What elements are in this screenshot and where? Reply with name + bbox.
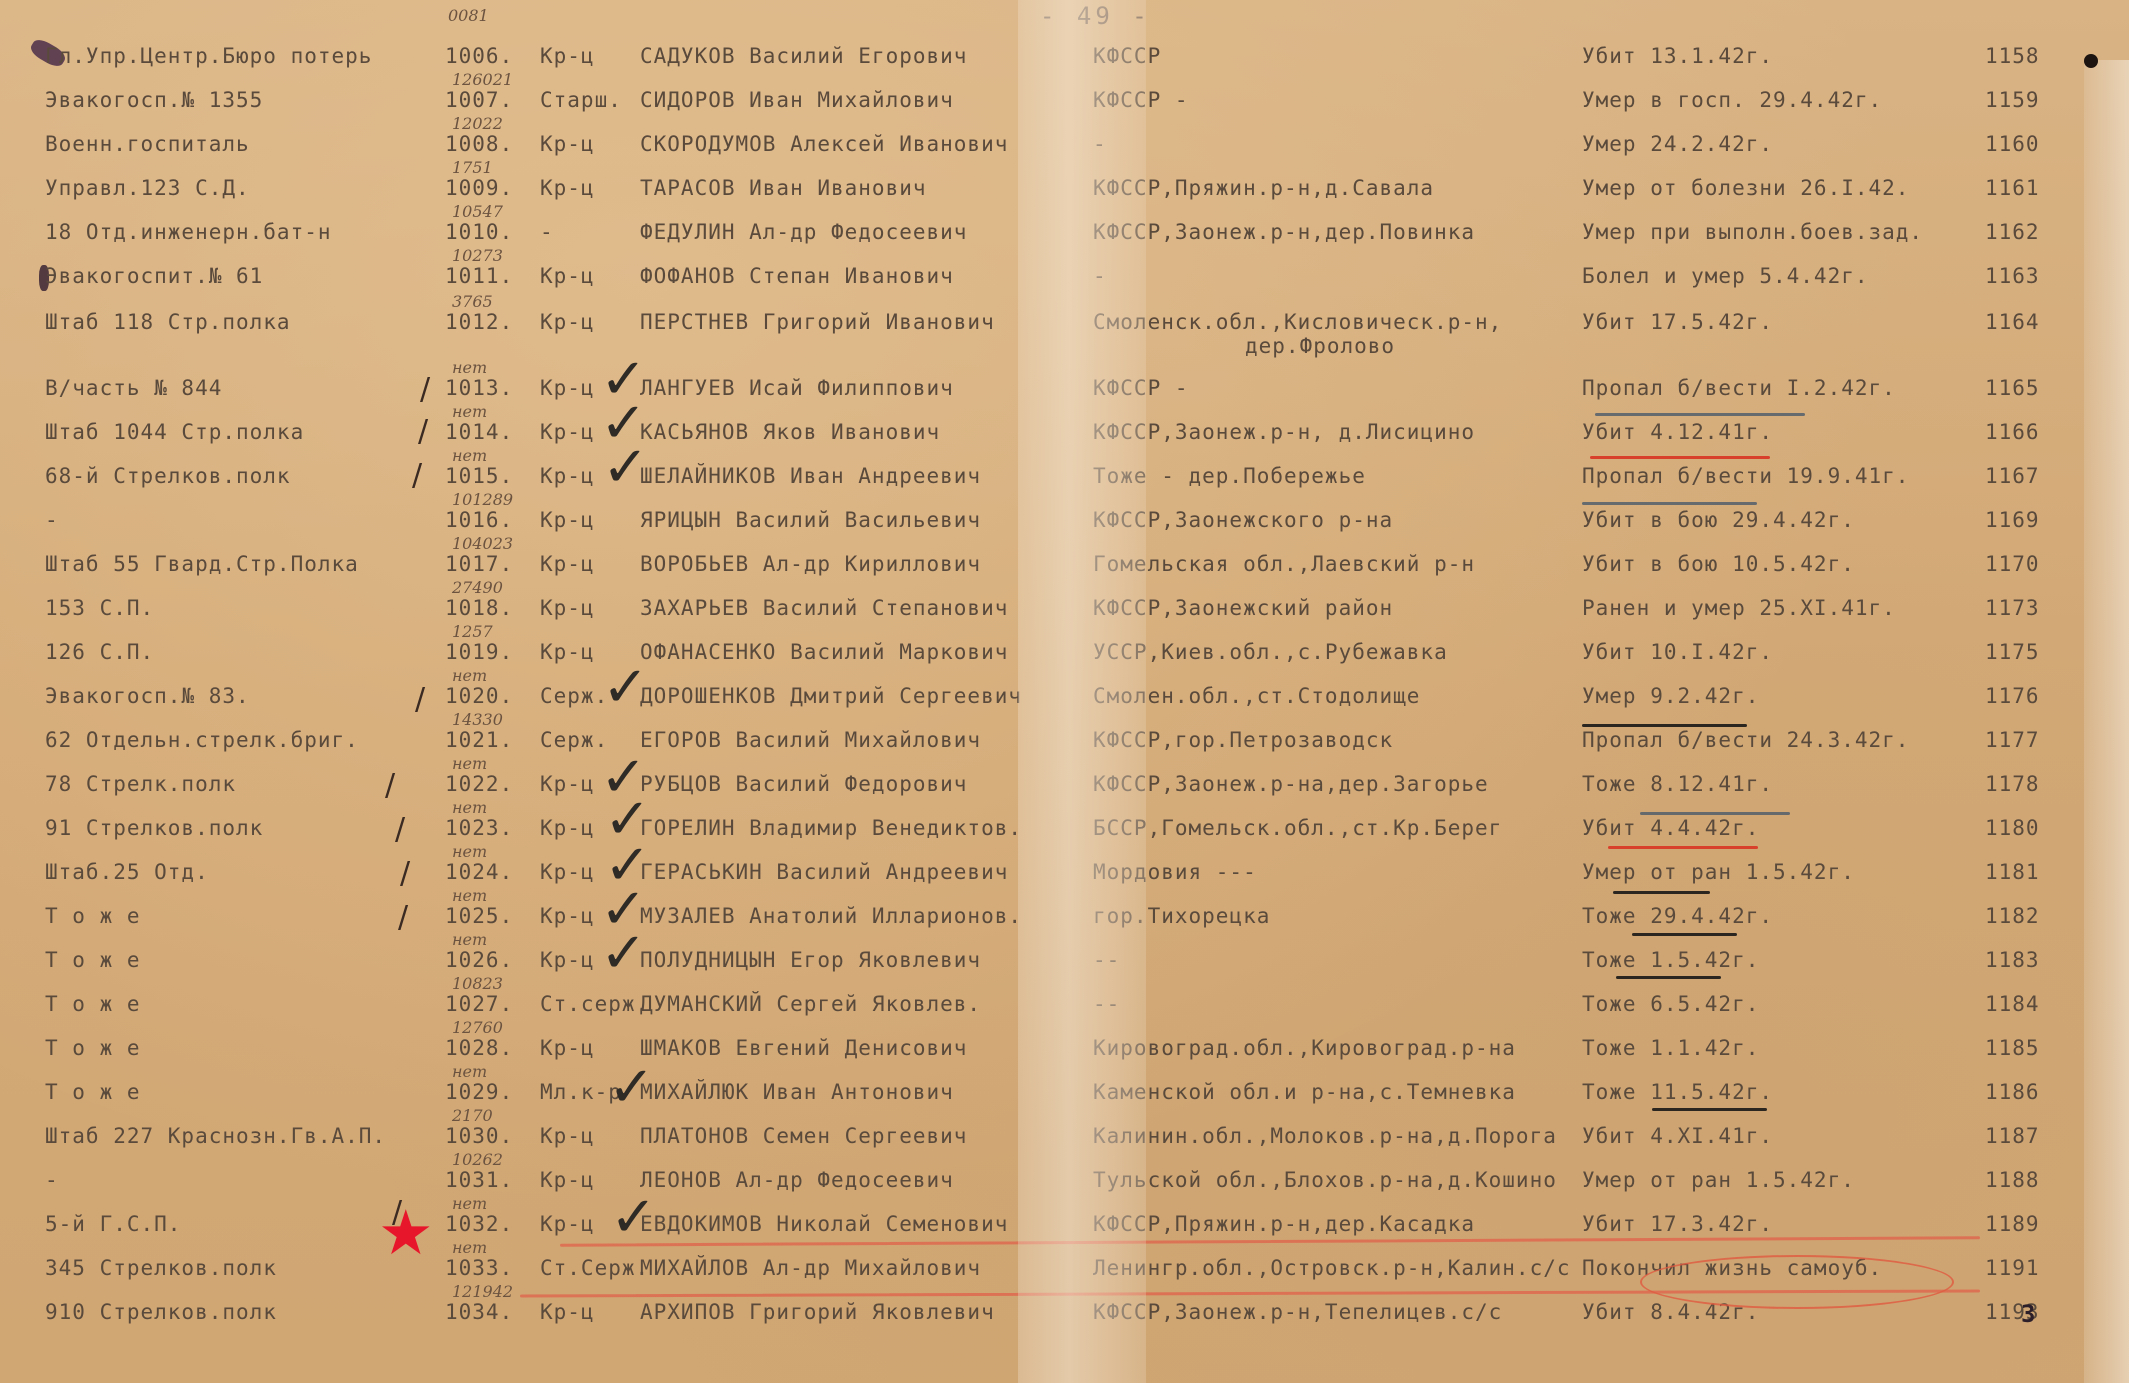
record-number: 1034. (445, 1300, 513, 1324)
fate-cell: Тоже 1.5.42г. (1582, 948, 1759, 972)
code-cell: 1178 (1985, 772, 2040, 796)
place-cell: КФССР - (1093, 88, 1189, 112)
record-number: 1030. (445, 1124, 513, 1148)
name-cell: АРХИПОВ Григорий Яковлевич (640, 1300, 995, 1324)
unit-cell: 78 Стрелк.полк (45, 772, 236, 796)
code-cell: 1183 (1985, 948, 2040, 972)
fate-cell: Убит в бою 10.5.42г. (1582, 552, 1855, 576)
table-row: Штаб.25 Отд.1024.Кр-цГЕРАСЬКИН Василий А… (0, 860, 2129, 896)
fate-cell: Убит 10.I.42г. (1582, 640, 1773, 664)
record-number: 1008. (445, 132, 513, 156)
unit-cell: В/часть № 844 (45, 376, 222, 400)
code-cell: 1184 (1985, 992, 2040, 1016)
record-number: 1021. (445, 728, 513, 752)
handwritten-note: 3765 (452, 292, 493, 311)
rank-cell: Старш. (540, 88, 622, 112)
unit-cell: Эвакогоспит.№ 61 (45, 264, 263, 288)
record-number: 1026. (445, 948, 513, 972)
table-row: Военн.госпиталь1008.Кр-цСКОРОДУМОВ Алекс… (0, 132, 2129, 168)
record-number: 1019. (445, 640, 513, 664)
name-cell: ОФАНАСЕНКО Василий Маркович (640, 640, 1008, 664)
checkmark-icon: ✓ (602, 660, 649, 716)
name-cell: МУЗАЛЕВ Анатолий Илларионов. (640, 904, 1022, 928)
unit-cell: Т о ж е (45, 948, 141, 972)
blue-underline (1582, 502, 1757, 505)
tick-mark-icon: / (385, 768, 395, 803)
place-cell: Смоленск.обл.,Кисловическ.р-н, (1093, 310, 1502, 334)
fate-cell: Умер от болезни 26.I.42. (1582, 176, 1909, 200)
fate-cell: Убит 4.XI.41г. (1582, 1124, 1773, 1148)
table-row: Штаб 227 Краснозн.Гв.А.П.1030.Кр-цПЛАТОН… (0, 1124, 2129, 1160)
name-cell: ФОФАНОВ Степан Иванович (640, 264, 954, 288)
tick-mark-icon: / (400, 856, 410, 891)
name-cell: КАСЬЯНОВ Яков Иванович (640, 420, 940, 444)
handwritten-note: 10273 (452, 246, 503, 265)
rank-cell: Ст.серж. (540, 992, 649, 1016)
rank-cell: Кр-ц (540, 132, 595, 156)
record-number: 1017. (445, 552, 513, 576)
name-cell: ПОЛУДНИЦЫН Егор Яковлевич (640, 948, 981, 972)
fate-cell: Пропал б/вести I.2.42г. (1582, 376, 1896, 400)
code-cell: 1175 (1985, 640, 2040, 664)
place-cell: Тоже - дер.Побережье (1093, 464, 1366, 488)
record-number: 1029. (445, 1080, 513, 1104)
rank-cell: Кр-ц (540, 552, 595, 576)
name-cell: ПЕРСТНЕВ Григорий Иванович (640, 310, 995, 334)
handwritten-note: нет (452, 1194, 487, 1213)
name-cell: ГЕРАСЬКИН Василий Андреевич (640, 860, 1008, 884)
red-circle-annotation (1640, 1255, 1954, 1309)
code-cell: 1186 (1985, 1080, 2040, 1104)
table-row: Штаб 118 Стр.полка1012.Кр-цПЕРСТНЕВ Григ… (0, 310, 2129, 346)
name-cell: ВОРОБЬЕВ Ал-др Кириллович (640, 552, 981, 576)
handwritten-note: нет (452, 798, 487, 817)
place-cell: КФССР,Заонеж.р-н,Тепелицев.с/с (1093, 1300, 1502, 1324)
record-number: 1009. (445, 176, 513, 200)
code-cell: 1176 (1985, 684, 2040, 708)
red-underline (1608, 846, 1758, 849)
rank-cell: Ст.Серж. (540, 1256, 649, 1280)
code-cell: 1159 (1985, 88, 2040, 112)
place-cell: КФССР (1093, 44, 1161, 68)
record-number: 1028. (445, 1036, 513, 1060)
table-row: Эвакогоспит.№ 611011.Кр-цФОФАНОВ Степан … (0, 264, 2129, 300)
fate-cell: Пропал б/вести 19.9.41г. (1582, 464, 1909, 488)
place-cell: КФССР,Заонежского р-на (1093, 508, 1393, 532)
table-row: Эвакогосп.№ 13551007.Старш.СИДОРОВ Иван … (0, 88, 2129, 124)
place-cell: -- (1093, 992, 1120, 1016)
handwritten-note: 101289 (452, 490, 513, 509)
rank-cell: Кр-ц (540, 904, 595, 928)
handwritten-note: нет (452, 1238, 487, 1257)
unit-cell: Штаб 227 Краснозн.Гв.А.П. (45, 1124, 386, 1148)
blue-underline (1595, 413, 1805, 416)
code-cell: 1167 (1985, 464, 2040, 488)
checkmark-icon: ✓ (600, 926, 647, 982)
fate-cell: Ранен и умер 25.XI.41г. (1582, 596, 1896, 620)
rank-cell: Кр-ц (540, 44, 595, 68)
handwritten-note: нет (452, 358, 487, 377)
table-row: Т о ж е1028.Кр-цШМАКОВ Евгений Денисович… (0, 1036, 2129, 1072)
checkmark-icon: ✓ (608, 1060, 655, 1116)
unit-cell: Штаб 118 Стр.полка (45, 310, 291, 334)
handwritten-note: нет (452, 666, 487, 685)
record-number: 1013. (445, 376, 513, 400)
rank-cell: Кр-ц (540, 640, 595, 664)
name-cell: ДУМАНСКИЙ Сергей Яковлев. (640, 992, 981, 1016)
name-cell: ТАРАСОВ Иван Иванович (640, 176, 927, 200)
black-underline (1616, 976, 1721, 979)
table-row: В/часть № 8441013.Кр-цЛАНГУЕВ Исай Филип… (0, 376, 2129, 412)
red-underline (1590, 456, 1770, 459)
table-row: Т о ж е1027.Ст.серж.ДУМАНСКИЙ Сергей Яко… (0, 992, 2129, 1028)
handwritten-note: 14330 (452, 710, 503, 729)
unit-cell: Эвакогосп.№ 1355 (45, 88, 263, 112)
handwritten-note: 1751 (452, 158, 493, 177)
code-cell: 1173 (1985, 596, 2040, 620)
table-row: -1031.Кр-цЛЕОНОВ Ал-др ФедосеевичТульско… (0, 1168, 2129, 1204)
red-star-icon: ★ (378, 1202, 434, 1264)
rank-cell: Кр-ц (540, 1212, 595, 1236)
handwritten-note: 12022 (452, 114, 503, 133)
unit-cell: Управл.123 С.Д. (45, 176, 250, 200)
name-cell: РУБЦОВ Василий Федорович (640, 772, 967, 796)
code-cell: 1165 (1985, 376, 2040, 400)
handwritten-note: нет (452, 842, 487, 861)
rank-cell: Кр-ц (540, 596, 595, 620)
handwritten-note: нет (452, 1062, 487, 1081)
unit-cell: Штаб.25 Отд. (45, 860, 209, 884)
record-number: 1027. (445, 992, 513, 1016)
name-cell: ЕВДОКИМОВ Николай Семенович (640, 1212, 1008, 1236)
handwritten-note: 10547 (452, 202, 503, 221)
handwritten-note: 27490 (452, 578, 503, 597)
record-number: 1010. (445, 220, 513, 244)
name-cell: ЛЕОНОВ Ал-др Федосеевич (640, 1168, 954, 1192)
unit-cell: Штаб 1044 Стр.полка (45, 420, 304, 444)
name-cell: САДУКОВ Василий Егорович (640, 44, 967, 68)
handwritten-note: нет (452, 930, 487, 949)
place-cell: Кировоград.обл.,Кировоград.р-на (1093, 1036, 1516, 1060)
checkmark-icon: ✓ (610, 1190, 657, 1246)
record-number: 1016. (445, 508, 513, 532)
rank-cell: Кр-ц (540, 420, 595, 444)
fate-cell: Убит 17.3.42г. (1582, 1212, 1773, 1236)
rank-cell: Кр-ц (540, 1300, 595, 1324)
code-cell: 1160 (1985, 132, 2040, 156)
rank-cell: Кр-ц (540, 464, 595, 488)
rank-cell: Кр-ц (540, 264, 595, 288)
unit-cell: Военн.госпиталь (45, 132, 250, 156)
fate-cell: Умер 9.2.42г. (1582, 684, 1759, 708)
place-cell: КФССР,Заонежский район (1093, 596, 1393, 620)
place-cell: Тульской обл.,Блохов.р-на,д.Кошино (1093, 1168, 1557, 1192)
unit-cell: 5-й Г.С.П. (45, 1212, 181, 1236)
rank-cell: Кр-ц (540, 1036, 595, 1060)
unit-cell: Гл.Упр.Центр.Бюро потерь (45, 44, 372, 68)
name-cell: СИДОРОВ Иван Михайлович (640, 88, 954, 112)
unit-cell: Т о ж е (45, 1036, 141, 1060)
fate-cell: Умер от ран 1.5.42г. (1582, 1168, 1855, 1192)
handwritten-note: 104023 (452, 534, 513, 553)
table-row: Управл.123 С.Д.1009.Кр-цТАРАСОВ Иван Ива… (0, 176, 2129, 212)
handwritten-note: 1257 (452, 622, 493, 641)
record-number: 1007. (445, 88, 513, 112)
corrected-digit: 3 (2021, 1300, 2035, 1328)
code-cell: 1188 (1985, 1168, 2040, 1192)
table-row: 126 С.П.1019.Кр-цОФАНАСЕНКО Василий Марк… (0, 640, 2129, 676)
table-row: Т о ж е1025.Кр-цМУЗАЛЕВ Анатолий Илларио… (0, 904, 2129, 940)
place-cell: Каменской обл.и р-на,с.Темневка (1093, 1080, 1516, 1104)
fate-cell: Пропал б/вести 24.3.42г. (1582, 728, 1909, 752)
rank-cell: Кр-ц (540, 508, 595, 532)
unit-cell: 153 С.П. (45, 596, 154, 620)
tick-mark-icon: / (420, 372, 430, 407)
table-row: -1016.Кр-цЯРИЦЫН Василий ВасильевичКФССР… (0, 508, 2129, 544)
fate-cell: Болел и умер 5.4.42г. (1582, 264, 1869, 288)
rank-cell: Кр-ц (540, 376, 595, 400)
handwritten-note: нет (452, 754, 487, 773)
rank-cell: Кр-ц (540, 948, 595, 972)
fate-cell: Тоже 8.12.41г. (1582, 772, 1773, 796)
handwritten-note: 121942 (452, 1282, 513, 1301)
rank-cell: Кр-ц (540, 772, 595, 796)
code-cell: 1187 (1985, 1124, 2040, 1148)
place-cell: КФССР,Заонеж.р-н, д.Лисицино (1093, 420, 1475, 444)
fate-cell: Умер 24.2.42г. (1582, 132, 1773, 156)
fate-cell: Убит 4.4.42г. (1582, 816, 1759, 840)
name-cell: ПЛАТОНОВ Семен Сергеевич (640, 1124, 967, 1148)
unit-cell: - (45, 1168, 59, 1192)
code-cell: 1177 (1985, 728, 2040, 752)
record-number: 1024. (445, 860, 513, 884)
unit-cell: 345 Стрелков.полк (45, 1256, 277, 1280)
page-number: - 49 - (1040, 2, 1151, 30)
name-cell: ШЕЛАЙНИКОВ Иван Андреевич (640, 464, 981, 488)
archive-mark: 0081 (448, 6, 489, 25)
place-cell: -- (1093, 948, 1120, 972)
place-cell: гор.Тихорецка (1093, 904, 1270, 928)
place-cell: КФССР,гор.Петрозаводск (1093, 728, 1393, 752)
black-underline (1582, 724, 1747, 727)
fate-cell: Убит 13.1.42г. (1582, 44, 1773, 68)
tick-mark-icon: / (395, 812, 405, 847)
unit-cell: - (45, 508, 59, 532)
fate-cell: Умер от ран 1.5.42г. (1582, 860, 1855, 884)
place-cell: КФССР,Пряжин.р-н,дер.Касадка (1093, 1212, 1475, 1236)
unit-cell: Эвакогосп.№ 83. (45, 684, 250, 708)
unit-cell: Т о ж е (45, 904, 141, 928)
record-number: 1025. (445, 904, 513, 928)
tick-mark-icon: / (415, 682, 425, 717)
place-cell: КФССР - (1093, 376, 1189, 400)
rank-cell: - (540, 220, 554, 244)
record-number: 1012. (445, 310, 513, 334)
black-underline (1652, 1108, 1767, 1111)
blue-underline (1640, 812, 1790, 815)
table-row: Т о ж е1026.Кр-цПОЛУДНИЦЫН Егор Яковлеви… (0, 948, 2129, 984)
rank-cell: Кр-ц (540, 1168, 595, 1192)
rank-cell: Кр-ц (540, 176, 595, 200)
code-cell: 1185 (1985, 1036, 2040, 1060)
fate-cell: Убит в бою 29.4.42г. (1582, 508, 1855, 532)
name-cell: ГОРЕЛИН Владимир Венедиктов. (640, 816, 1022, 840)
table-row: 153 С.П.1018.Кр-цЗАХАРЬЕВ Василий Степан… (0, 596, 2129, 632)
code-cell: 1170 (1985, 552, 2040, 576)
place-cell: УССР,Киев.обл.,с.Рубежавка (1093, 640, 1448, 664)
record-number: 1023. (445, 816, 513, 840)
rank-cell: Кр-ц (540, 816, 595, 840)
code-cell: 1166 (1985, 420, 2040, 444)
name-cell: СКОРОДУМОВ Алексей Иванович (640, 132, 1008, 156)
unit-cell: Т о ж е (45, 1080, 141, 1104)
rank-cell: Серж. (540, 684, 608, 708)
record-number: 1033. (445, 1256, 513, 1280)
handwritten-note: нет (452, 886, 487, 905)
name-cell: ЛАНГУЕВ Исай Филиппович (640, 376, 954, 400)
fate-cell: Умер в госп. 29.4.42г. (1582, 88, 1882, 112)
code-cell: 1180 (1985, 816, 2040, 840)
unit-cell: 91 Стрелков.полк (45, 816, 263, 840)
unit-cell: 68-й Стрелков.полк (45, 464, 291, 488)
record-number: 1031. (445, 1168, 513, 1192)
place-cell: Смолен.обл.,ст.Стодолище (1093, 684, 1420, 708)
name-cell: МИХАЙЛЮК Иван Антонович (640, 1080, 954, 1104)
code-cell: 1162 (1985, 220, 2040, 244)
handwritten-note: 126021 (452, 70, 513, 89)
code-cell: 1164 (1985, 310, 2040, 334)
tick-mark-icon: / (412, 458, 422, 493)
table-row: 91 Стрелков.полк1023.Кр-цГОРЕЛИН Владими… (0, 816, 2129, 852)
code-cell: 1181 (1985, 860, 2040, 884)
place-cell: - (1093, 132, 1107, 156)
handwritten-note: нет (452, 446, 487, 465)
record-number: 1011. (445, 264, 513, 288)
place-cell: Калинин.обл.,Молоков.р-на,д.Порога (1093, 1124, 1557, 1148)
rank-cell: Кр-ц (540, 860, 595, 884)
handwritten-note: 10823 (452, 974, 503, 993)
table-row: 62 Отдельн.стрелк.бриг.1021.Серж.ЕГОРОВ … (0, 728, 2129, 764)
unit-cell: 62 Отдельн.стрелк.бриг. (45, 728, 359, 752)
place-cell: КФССР,Пряжин.р-н,д.Савала (1093, 176, 1434, 200)
place-cell: - (1093, 264, 1107, 288)
record-number: 1018. (445, 596, 513, 620)
unit-cell: 126 С.П. (45, 640, 154, 664)
handwritten-note: 2170 (452, 1106, 493, 1125)
handwritten-note: нет (452, 402, 487, 421)
code-cell: 1158 (1985, 44, 2040, 68)
code-cell: 1182 (1985, 904, 2040, 928)
rank-cell: Серж. (540, 728, 608, 752)
record-number: 1014. (445, 420, 513, 444)
unit-cell: 910 Стрелков.полк (45, 1300, 277, 1324)
fate-cell: Умер при выполн.боев.зад. (1582, 220, 1923, 244)
table-row: Т о ж е1029.Мл.к-рМИХАЙЛЮК Иван Антонови… (0, 1080, 2129, 1116)
rank-cell: Кр-ц (540, 310, 595, 334)
fate-cell: Убит 4.12.41г. (1582, 420, 1773, 444)
address-continuation: дер.Фролово (1245, 334, 1395, 358)
name-cell: ЕГОРОВ Василий Михайлович (640, 728, 981, 752)
handwritten-note: 10262 (452, 1150, 503, 1169)
rank-cell: Кр-ц (540, 1124, 595, 1148)
code-cell: 1169 (1985, 508, 2040, 532)
record-number: 1020. (445, 684, 513, 708)
table-row: 68-й Стрелков.полк1015.Кр-цШЕЛАЙНИКОВ Ив… (0, 464, 2129, 500)
handwritten-note: 12760 (452, 1018, 503, 1037)
name-cell: ЯРИЦЫН Василий Васильевич (640, 508, 981, 532)
table-row: Штаб 1044 Стр.полка1014.Кр-цКАСЬЯНОВ Яко… (0, 420, 2129, 456)
place-cell: КФССР,Заонеж.р-н,дер.Повинка (1093, 220, 1475, 244)
name-cell: ШМАКОВ Евгений Денисович (640, 1036, 967, 1060)
table-row: 78 Стрелк.полк1022.Кр-цРУБЦОВ Василий Фе… (0, 772, 2129, 808)
unit-cell: Т о ж е (45, 992, 141, 1016)
tick-mark-icon: / (418, 414, 428, 449)
record-number: 1015. (445, 464, 513, 488)
fate-cell: Тоже 1.1.42г. (1582, 1036, 1759, 1060)
fate-cell: Тоже 6.5.42г. (1582, 992, 1759, 1016)
place-cell: Гомельская обл.,Лаевский р-н (1093, 552, 1475, 576)
place-cell: КФССР,Заонеж.р-на,дер.Загорье (1093, 772, 1489, 796)
table-row: Штаб 55 Гвард.Стр.Полка1017.Кр-цВОРОБЬЕВ… (0, 552, 2129, 588)
record-number: 1022. (445, 772, 513, 796)
black-underline (1632, 933, 1737, 936)
tick-mark-icon: / (398, 900, 408, 935)
name-cell: ЗАХАРЬЕВ Василий Степанович (640, 596, 1008, 620)
name-cell: МИХАЙЛОВ Ал-др Михайлович (640, 1256, 981, 1280)
code-cell: 1191 (1985, 1256, 2040, 1280)
place-cell: Мордовия --- (1093, 860, 1257, 884)
unit-cell: 18 Отд.инженерн.бат-н (45, 220, 332, 244)
fate-cell: Тоже 29.4.42г. (1582, 904, 1773, 928)
code-cell: 1163 (1985, 264, 2040, 288)
table-row: Эвакогосп.№ 83.1020.Серж.ДОРОШЕНКОВ Дмит… (0, 684, 2129, 720)
name-cell: ФЕДУЛИН Ал-др Федосеевич (640, 220, 967, 244)
name-cell: ДОРОШЕНКОВ Дмитрий Сергеевич (640, 684, 1022, 708)
record-number: 1032. (445, 1212, 513, 1236)
black-underline (1613, 891, 1710, 894)
code-cell: 1189 (1985, 1212, 2040, 1236)
place-cell: Ленингр.обл.,Островск.р-н,Калин.с/с (1093, 1256, 1571, 1280)
table-row: 18 Отд.инженерн.бат-н1010.-ФЕДУЛИН Ал-др… (0, 220, 2129, 256)
code-cell: 1161 (1985, 176, 2040, 200)
fate-cell: Тоже 11.5.42г. (1582, 1080, 1773, 1104)
unit-cell: Штаб 55 Гвард.Стр.Полка (45, 552, 359, 576)
fate-cell: Убит 17.5.42г. (1582, 310, 1773, 334)
checkmark-icon: ✓ (602, 440, 649, 496)
record-number: 1006. (445, 44, 513, 68)
place-cell: БССР,Гомельск.обл.,ст.Кр.Берег (1093, 816, 1502, 840)
table-row: Гл.Упр.Центр.Бюро потерь1006.Кр-цСАДУКОВ… (0, 44, 2129, 80)
